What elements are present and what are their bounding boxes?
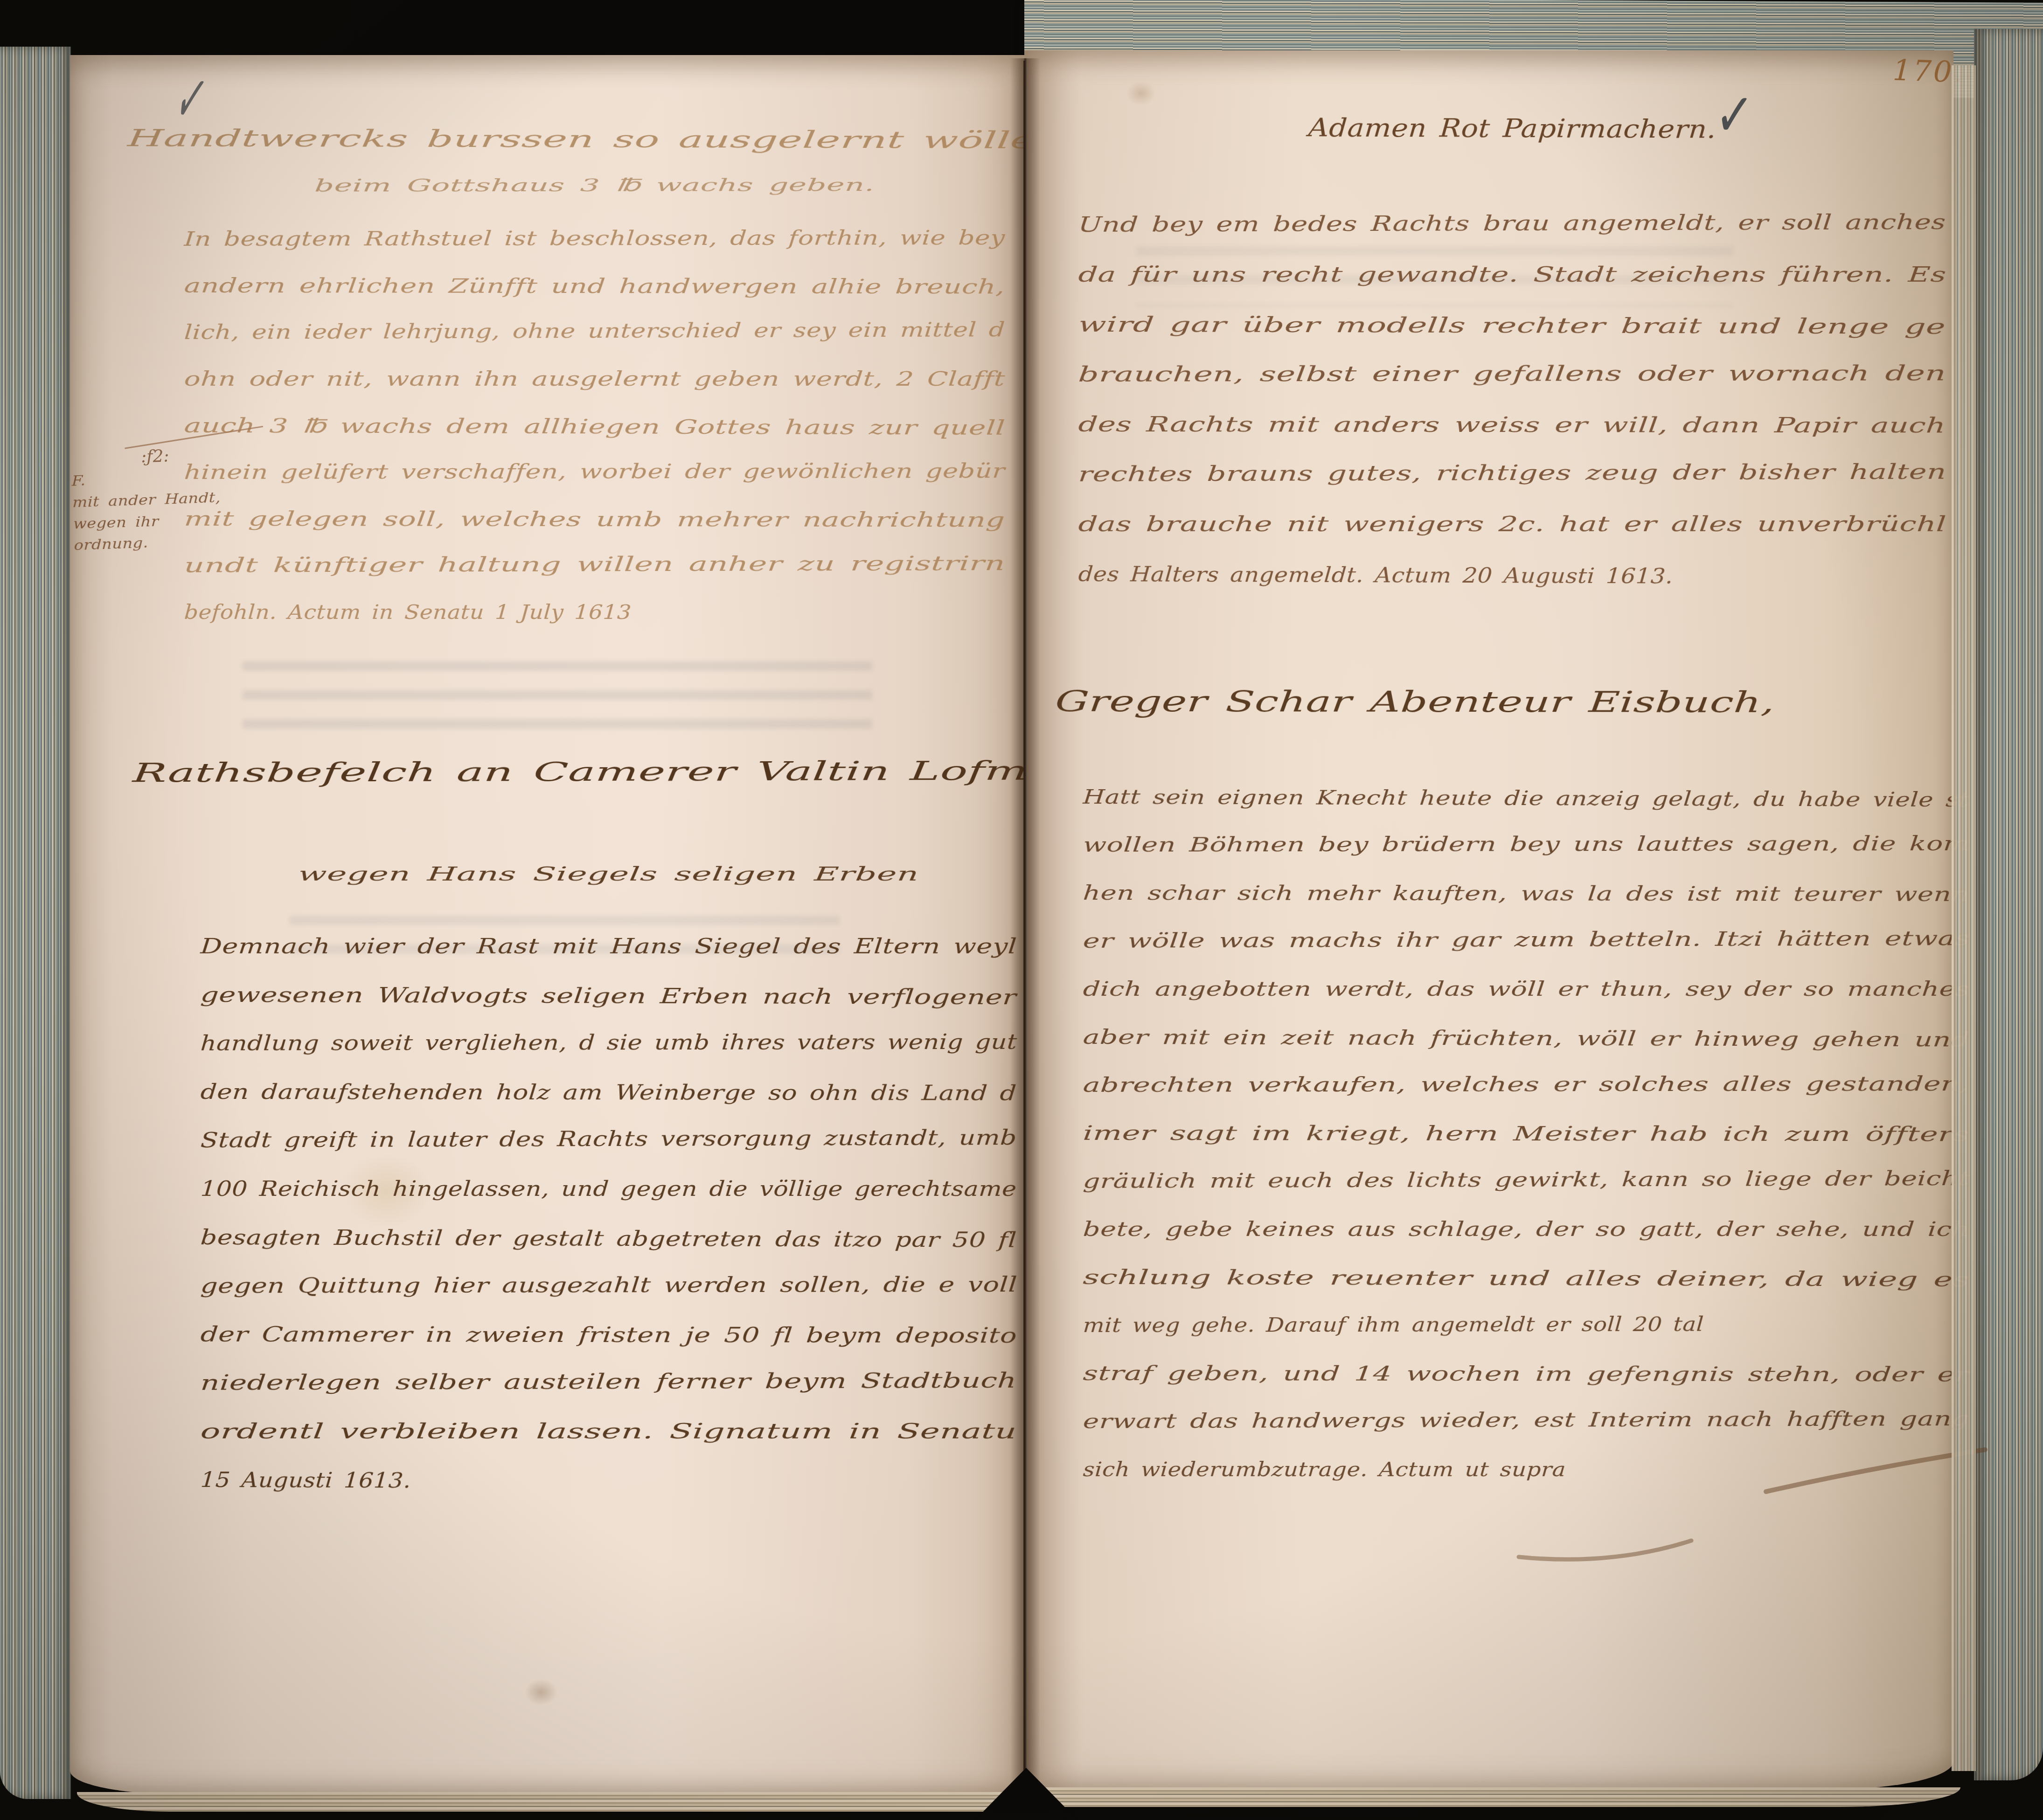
manuscript-line: handlung soweit vergliehen, d sie umb ih… (199, 1018, 1019, 1068)
entry-subheading: wegen Hans Siegels seligen Erben (297, 854, 921, 896)
entry-papiermacher: Adamen Rot Papirmachern. Und bey em bede… (1078, 100, 1946, 599)
manuscript-line: sich wiederumbzutrage. Actum ut supra (1082, 1446, 1567, 1494)
manuscript-line: ordentl verbleiben lassen. Signatum in S… (199, 1408, 1019, 1456)
entry-greger-schar: Greger Schar Abenteur Eisbuch, Hatt sein… (1083, 667, 1969, 1494)
manuscript-line: mit weg gehe. Darauf ihm angemeldt er so… (1082, 1301, 1705, 1350)
manuscript-line: gewesenen Waldvogts seligen Erben nach v… (199, 971, 1018, 1022)
entry-heading: Rathsbefelch an Camerer Valtin Lofman (131, 745, 1087, 800)
right-page: 170. ✓ Adamen Rot Papirmachern. Und bey … (1024, 50, 1953, 1789)
manuscript-line: andern ehrlichen Zünfft und handwergen a… (182, 263, 1007, 311)
manuscript-line: Demnach wier der Rast mit Hans Siegel de… (199, 923, 1018, 971)
entry-body: Demnach wier der Rast mit Hans Siegel de… (201, 923, 1017, 1505)
manuscript-photo: { "book": { "folio_number": "170.", "lef… (0, 0, 2043, 1820)
manuscript-line: Stadt greift in lauter des Rachts versor… (199, 1114, 1018, 1165)
gutter-shadow (1010, 58, 1040, 1798)
manuscript-line: der Cammerer in zweien fristen je 50 fl … (199, 1311, 1019, 1361)
manuscript-line: undt künftiger haltung willen anher zu r… (182, 540, 1007, 589)
manuscript-line: schlung koste reuenter und alles deiner,… (1081, 1254, 1971, 1304)
manuscript-line: wollen Böhmen bey brüdern bey uns lautte… (1081, 820, 1971, 869)
entry-rathsbefelch-lofman: Rathsbefelch an Camerer Valtin Lofman we… (201, 746, 1017, 1505)
bleedthrough-smudge (243, 661, 872, 731)
entry-heading: Greger Schar Abenteur Eisbuch, (1053, 667, 1778, 737)
entry-heading: Adamen Rot Papirmachern. (1306, 99, 1718, 158)
fore-edge-sheets (1952, 65, 1976, 1771)
entry-heading: Handtwercks burssen so ausgelernt wöllen (125, 113, 1064, 166)
manuscript-line: dich angebotten werdt, das wöll er thun,… (1081, 966, 1971, 1014)
manuscript-line: er wölle was machs ihr gar zum betteln. … (1082, 915, 1972, 966)
manuscript-line: niederlegen selber austeilen ferner beym… (199, 1357, 1018, 1408)
manuscript-line: lich, ein ieder lehrjung, ohne unterschi… (183, 306, 1007, 356)
manuscript-line: brauchen, selbst einer gefallens oder wo… (1077, 348, 1948, 400)
manuscript-line: 15 Augusti 1613. (199, 1456, 413, 1506)
manuscript-line: 100 Reichisch hingelassen, und gegen die… (199, 1165, 1018, 1214)
manuscript-line: gegen Quittung hier ausgezahlt werden so… (199, 1261, 1019, 1311)
manuscript-line: besagten Buchstil der gestalt abgetreten… (199, 1214, 1018, 1265)
manuscript-line: befohln. Actum in Senatu 1 July 1613 (183, 589, 633, 636)
manuscript-line: aber mit ein zeit nach früchten, wöll er… (1081, 1014, 1971, 1064)
manuscript-line: den daraufstehenden holz am Weinberge so… (199, 1068, 1018, 1118)
page-block-right-edge (1974, 29, 2043, 1780)
manuscript-line: bete, gebe keines aus schlage, der so ga… (1081, 1206, 1971, 1254)
manuscript-line: wird gar über modells rechter brait und … (1076, 300, 1948, 352)
manuscript-line: imer sagt im kriegt, hern Meister hab ic… (1081, 1110, 1971, 1159)
paper-stain (518, 1674, 564, 1711)
bottom-edge-sheets-left (77, 1792, 1024, 1812)
manuscript-line: abrechten verkaufen, welches er solches … (1081, 1060, 1971, 1110)
entry-body: In besagtem Rathstuel ist beschlossen, d… (184, 216, 1005, 636)
manuscript-line: ohn oder nit, wann ihn ausgelernt geben … (182, 356, 1007, 403)
manuscript-line: Hatt sein eignen Knecht heute die anzeig… (1081, 773, 1971, 824)
open-book: ✓ :ƒ2: F.mit ander Handt,wegen ihrordnun… (0, 0, 2043, 1820)
entry-subheading: beim Gottshaus 3 ℔ wachs geben. (313, 164, 876, 206)
manuscript-line: des Rachts mit anders weiss er will, dan… (1077, 400, 1948, 451)
manuscript-line: wegen ihr (73, 511, 159, 535)
manuscript-line: Und bey em bedes Rachts brau angemeldt, … (1077, 197, 1948, 250)
manuscript-line: ordnung. (74, 533, 148, 557)
margin-note-mark: :ƒ2: (140, 446, 169, 466)
manuscript-line: gräulich mit euch des lichts gewirkt, ka… (1082, 1155, 1971, 1206)
manuscript-line: rechtes brauns gutes, richtiges zeug der… (1077, 447, 1948, 500)
manuscript-line: da für uns recht gewandte. Stadt zeichen… (1077, 250, 1948, 300)
manuscript-line: In besagtem Rathstuel ist beschlossen, d… (183, 215, 1007, 263)
manuscript-line: straf geben, und 14 wochen im gefengnis … (1081, 1350, 1971, 1399)
left-page: ✓ :ƒ2: F.mit ander Handt,wegen ihrordnun… (70, 55, 1024, 1794)
entry-body: Hatt sein eignen Knecht heute die anzeig… (1083, 773, 1969, 1494)
manuscript-line: mit gelegen soll, welches umb mehrer nac… (182, 496, 1007, 543)
manuscript-line: des Halters angemeldt. Actum 20 Augusti … (1077, 549, 1675, 602)
manuscript-line: F. (71, 470, 86, 492)
page-block-left-edge (0, 47, 71, 1799)
manuscript-line: das brauche nit wenigers 2c. hat er alle… (1077, 500, 1948, 549)
gutter-line (1023, 61, 1025, 1792)
manuscript-line: hen schar sich mehr kauften, was la des … (1081, 869, 1971, 919)
entry-handwerks-bursen: Handtwercks burssen so ausgelernt wöllen… (184, 114, 1005, 636)
entry-body: Und bey em bedes Rachts brau angemeldt, … (1078, 200, 1946, 599)
manuscript-line: auch 3 ℔ wachs dem allhiegen Gottes haus… (182, 403, 1007, 452)
manuscript-line: erwart das handwergs wieder, est Interim… (1082, 1395, 1971, 1446)
manuscript-line: hinein gelüfert verschaffen, worbei der … (183, 448, 1007, 496)
bottom-edge-sheets-right (1025, 1787, 1960, 1807)
